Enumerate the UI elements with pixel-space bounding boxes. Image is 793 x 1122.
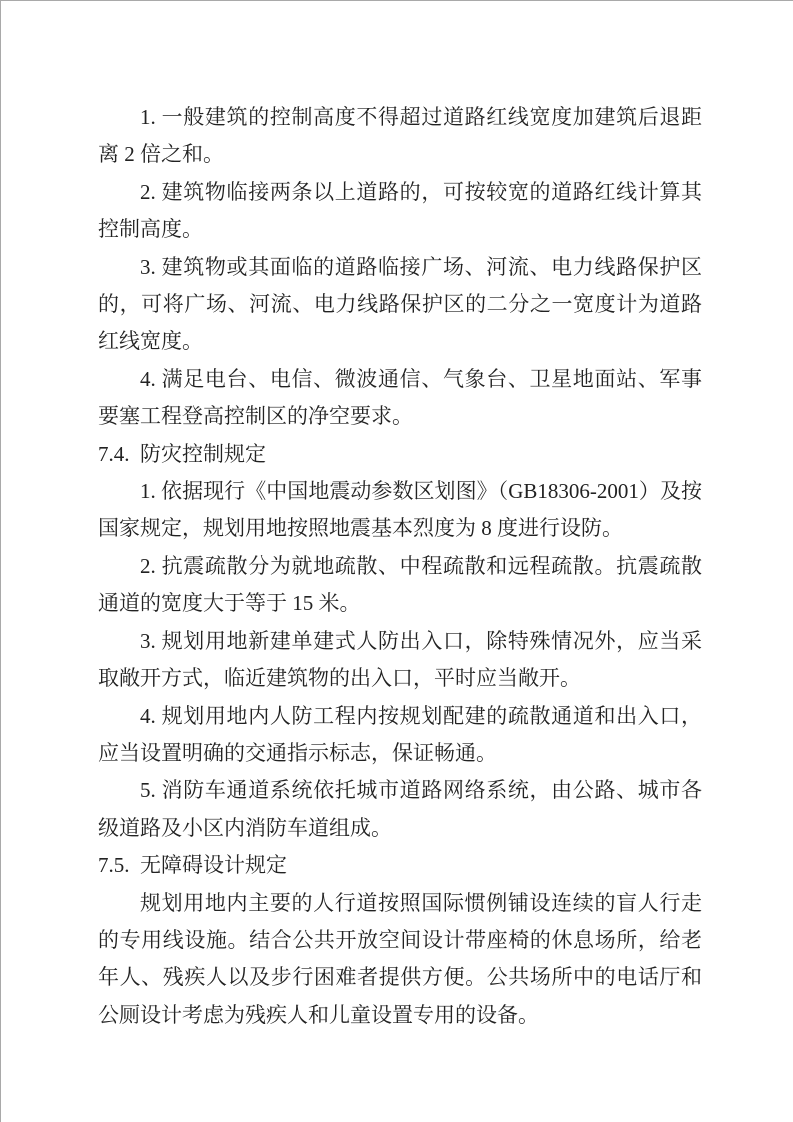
paragraph-height-control-3: 3. 建筑物或其面临的道路临接广场、河流、电力线路保护区的，可将广场、河流、电力… — [98, 249, 702, 361]
paragraph-disaster-prevention-5: 5. 消防车通道系统依托城市道路网络系统，由公路、城市各级道路及小区内消防车道组… — [98, 772, 702, 847]
paragraph-disaster-prevention-2: 2. 抗震疏散分为就地疏散、中程疏散和远程疏散。抗震疏散通道的宽度大于等于 15… — [98, 548, 702, 623]
document-text: 1. 一般建筑的控制高度不得超过道路红线宽度加建筑后退距离 2 倍之和。 2. … — [98, 99, 702, 1034]
paragraph-height-control-4: 4. 满足电台、电信、微波通信、气象台、卫星地面站、军事要塞工程登高控制区的净空… — [98, 361, 702, 436]
paragraph-height-control-2: 2. 建筑物临接两条以上道路的，可按较宽的道路红线计算其控制高度。 — [98, 174, 702, 249]
paragraph-height-control-1: 1. 一般建筑的控制高度不得超过道路红线宽度加建筑后退距离 2 倍之和。 — [98, 99, 702, 174]
paragraph-disaster-prevention-1: 1. 依据现行《中国地震动参数区划图》（GB18306-2001）及按国家规定，… — [98, 473, 702, 548]
document-page: 1. 一般建筑的控制高度不得超过道路红线宽度加建筑后退距离 2 倍之和。 2. … — [0, 0, 793, 1122]
paragraph-disaster-prevention-3: 3. 规划用地新建单建式人防出入口，除特殊情况外，应当采取敞开方式，临近建筑物的… — [98, 623, 702, 698]
paragraph-barrier-free-design: 规划用地内主要的人行道按照国际惯例铺设连续的盲人行走的专用线设施。结合公共开放空… — [98, 885, 702, 1035]
section-heading-7-5: 7.5. 无障碍设计规定 — [98, 847, 702, 884]
section-heading-7-4: 7.4. 防灾控制规定 — [98, 436, 702, 473]
paragraph-disaster-prevention-4: 4. 规划用地内人防工程内按规划配建的疏散通道和出入口，应当设置明确的交通指示标… — [98, 698, 702, 773]
